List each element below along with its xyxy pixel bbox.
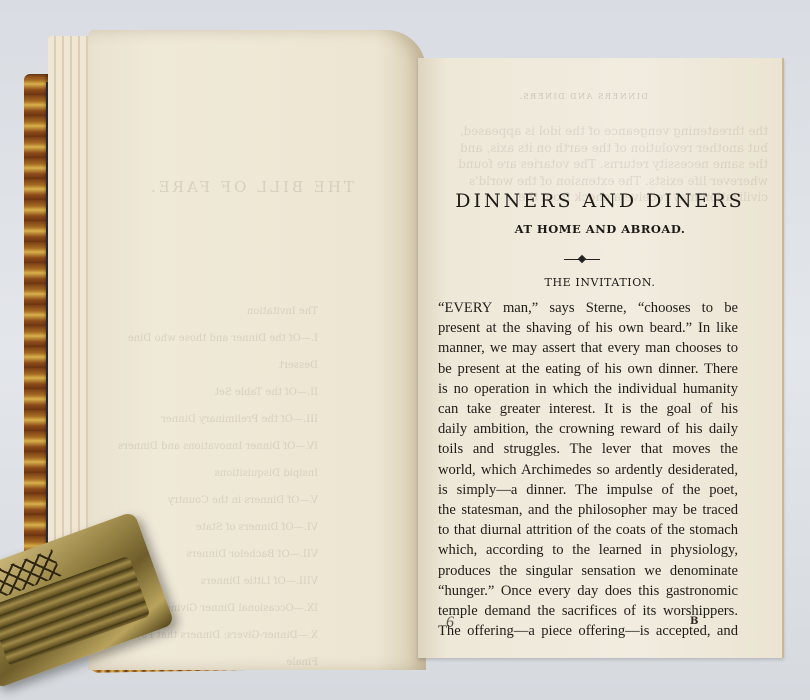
text-line: “hunger.” Once every day does this gastr… <box>438 581 738 601</box>
text-line: produces the singular sensation we denom… <box>438 561 738 581</box>
text-line: is no operation in which the individual … <box>438 379 738 399</box>
show-through-title: THE BILL OF FARE. <box>148 178 354 196</box>
text-line: world, which Archimedes so ardently desi… <box>438 460 738 480</box>
text-line: to that diurnal attrition of the coats o… <box>438 520 738 540</box>
text-line: which, according to the learned in physi… <box>438 540 738 560</box>
show-through-running-head: DINNERS AND DINERS. <box>518 92 648 101</box>
text-line: the statesman, and the philosopher may b… <box>438 500 738 520</box>
signature-mark: B <box>690 616 698 627</box>
contents-line: Dessert <box>118 352 318 379</box>
ornament-rule-icon <box>564 259 600 260</box>
text-line: can take greater interest. It is the goa… <box>438 399 738 419</box>
contents-line: III.—Of the Preliminary Dinner <box>118 406 318 433</box>
text-line: “EVERY man,” says Sterne, “chooses to be <box>438 298 738 318</box>
text-line: is simply—a dinner. The impulse of the p… <box>438 480 738 500</box>
contents-line: Finale <box>118 649 318 676</box>
contents-line: The Invitation <box>118 298 318 325</box>
pencil-annotation: 6 <box>446 614 454 632</box>
contents-line: VI.—Of Dinners of State <box>118 514 318 541</box>
contents-line: IV.—Of Dinner Innovations and Dinners <box>118 433 318 460</box>
text-line: daily ambition, the crowning reward of h… <box>438 419 738 439</box>
text-line: manner, we may assert that every man cho… <box>438 338 738 358</box>
contents-line: II.—Of the Table Set <box>118 379 318 406</box>
right-page: DINNERS AND DINERS. the threatening veng… <box>418 58 784 658</box>
contents-line: V.—Of Dinners in the Country <box>118 487 318 514</box>
book-title: DINNERS AND DINERS <box>418 190 782 212</box>
text-line: be present at the eating of his own dinn… <box>438 359 738 379</box>
body-text: “EVERY man,” says Sterne, “chooses to be… <box>438 298 738 641</box>
section-heading: THE INVITATION. <box>418 276 782 289</box>
contents-line: I.—Of the Dinner and those who Dine <box>118 325 318 352</box>
contents-line: Insipid Disquisitions <box>118 460 318 487</box>
book-subtitle: AT HOME AND ABROAD. <box>418 222 782 236</box>
text-line: toils and struggles. The lever that move… <box>438 439 738 459</box>
text-line: present at the shaving of his own beard.… <box>438 318 738 338</box>
